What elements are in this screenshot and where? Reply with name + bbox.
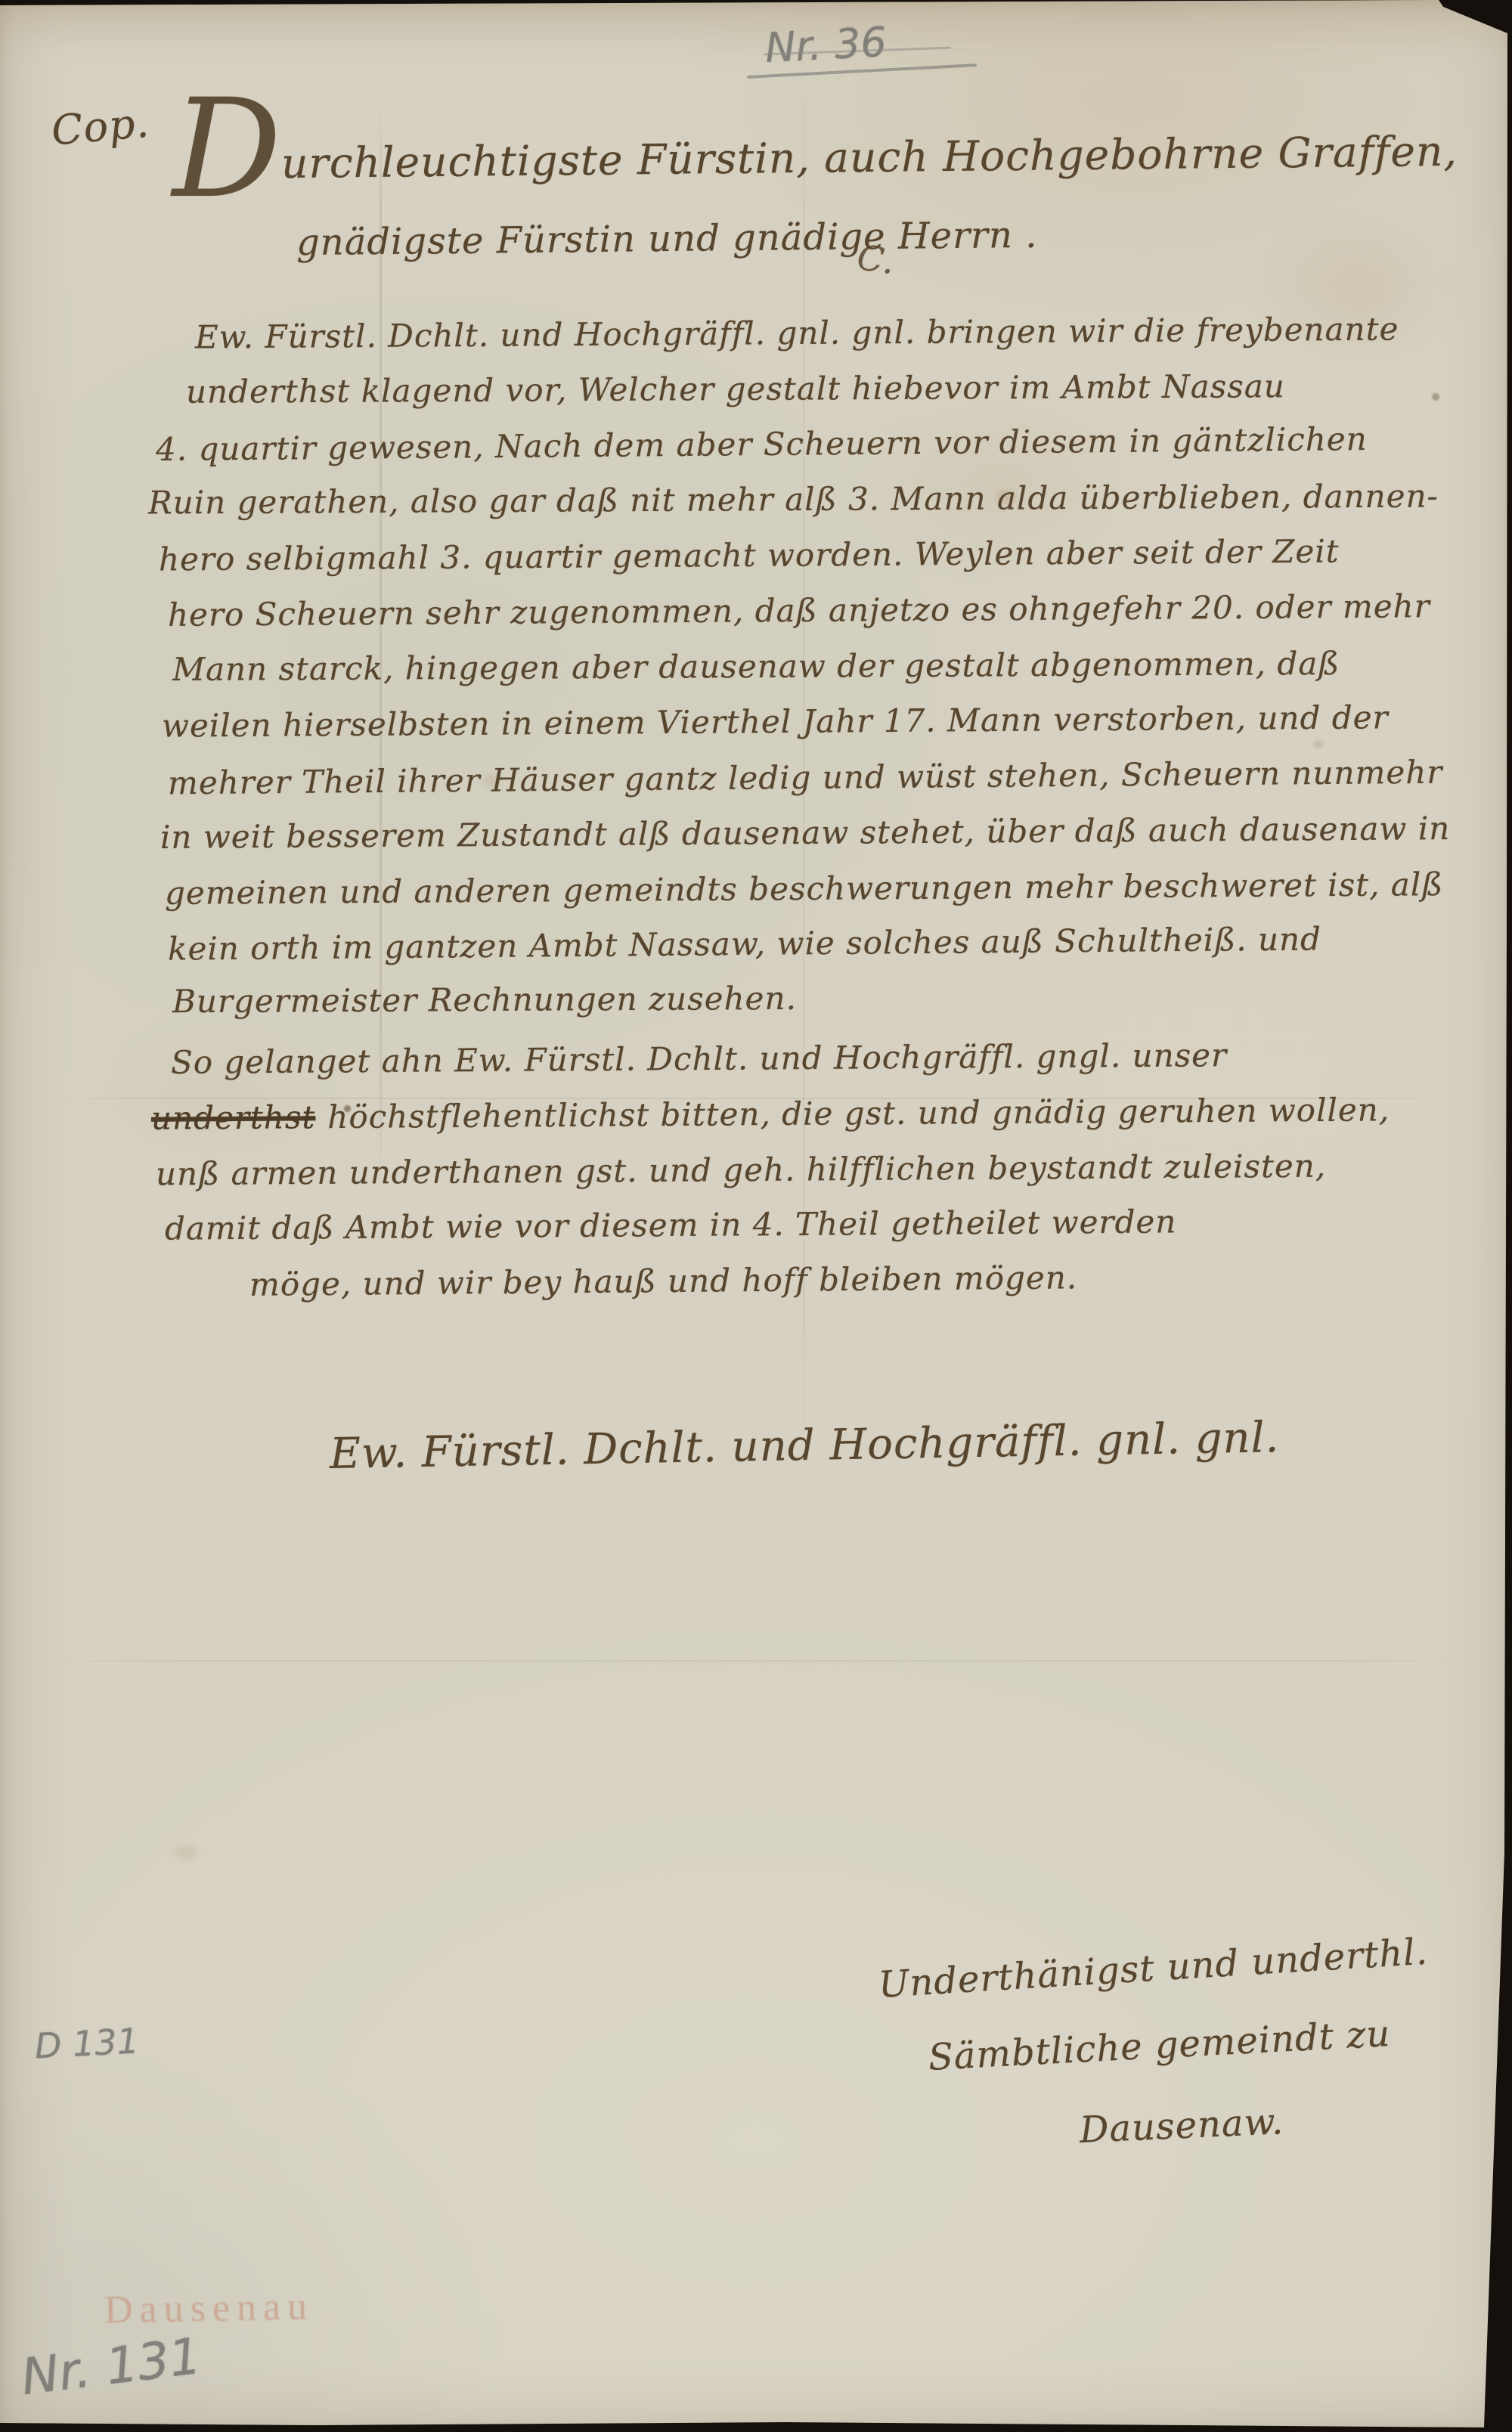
archive-code-left: D 131	[34, 2020, 140, 2066]
copy-note: Cop.	[50, 98, 152, 154]
pencil-number-top: Nr. 36	[764, 18, 888, 72]
body-line-with-strikethrough: underthsthöchstflehentlichst bitten, die…	[151, 1094, 1390, 1134]
salutation-initial: D	[172, 82, 282, 218]
body-line: gemeinen und anderen gemeindts beschweru…	[165, 869, 1444, 909]
closing-line: Ew. Fürstl. Dchlt. und Hochgräffl. gnl. …	[330, 1413, 1280, 1479]
body-line: Ruin gerathen, also gar daß nit mehr alß…	[148, 481, 1439, 519]
body-line: damit daß Ambt wie vor diesem in 4. Thei…	[165, 1206, 1177, 1244]
horizontal-fold-line	[30, 1660, 1482, 1662]
body-line: Ew. Fürstl. Dchlt. und Hochgräffl. gnl. …	[195, 313, 1399, 353]
body-line: in weit besserem Zustandt alß dausenaw s…	[160, 813, 1450, 854]
body-line: kein orth im gantzen Ambt Nassaw, wie so…	[168, 923, 1321, 965]
foxing-spot	[1432, 393, 1439, 401]
body-line: Burgermeister Rechnungen zusehen.	[172, 983, 797, 1018]
body-line: möge, und wir bey hauß und hoff bleiben …	[249, 1262, 1078, 1301]
salutation-line-1: urchleuchtigste Fürstin, auch Hochgebohr…	[281, 127, 1458, 187]
place-stamp: Dausenau	[104, 2285, 314, 2333]
struck-word: underthst	[151, 1098, 316, 1137]
manuscript-page: Nr. 36 Cop. D urchleuchtigste Fürstin, a…	[0, 0, 1512, 2432]
body-line-text: höchstflehentlichst bitten, die gst. und…	[327, 1091, 1390, 1135]
body-line: 4. quartir gewesen, Nach dem aber Scheue…	[156, 423, 1368, 466]
body-line: hero Scheuern sehr zugenommen, daß anjet…	[168, 590, 1430, 631]
salutation-line-2: gnädigste Fürstin und gnädige Herrn .	[296, 214, 1038, 264]
foxing-spot	[1314, 741, 1323, 748]
foxing-spot	[174, 1845, 197, 1860]
signature-line: Dausenaw.	[1079, 2100, 1284, 2152]
body-line: hero selbigmahl 3. quartir gemacht worde…	[159, 536, 1340, 576]
pencil-number-bottom: Nr. 131	[18, 2327, 204, 2406]
salutation-flourish: C.	[854, 237, 897, 282]
body-line: Mann starck, hingegen aber dausenaw der …	[172, 648, 1340, 686]
signature-line: Sämbtliche gemeindt zu	[928, 2012, 1392, 2079]
body-line: underthst klagend vor, Welcher gestalt h…	[186, 370, 1285, 408]
body-line: mehrer Theil ihrer Häuser gantz ledig un…	[168, 757, 1443, 800]
body-line: So gelanget ahn Ew. Fürstl. Dchlt. und H…	[171, 1039, 1227, 1079]
body-line: weilen hierselbsten in einem Vierthel Ja…	[162, 702, 1389, 742]
body-line: unß armen underthanen gst. und geh. hilf…	[156, 1151, 1326, 1191]
scan-backdrop: { "document": { "copy_note": "Cop.", "ar…	[0, 0, 1512, 2432]
signature-line: Underthänigst und underthl.	[877, 1931, 1429, 2006]
